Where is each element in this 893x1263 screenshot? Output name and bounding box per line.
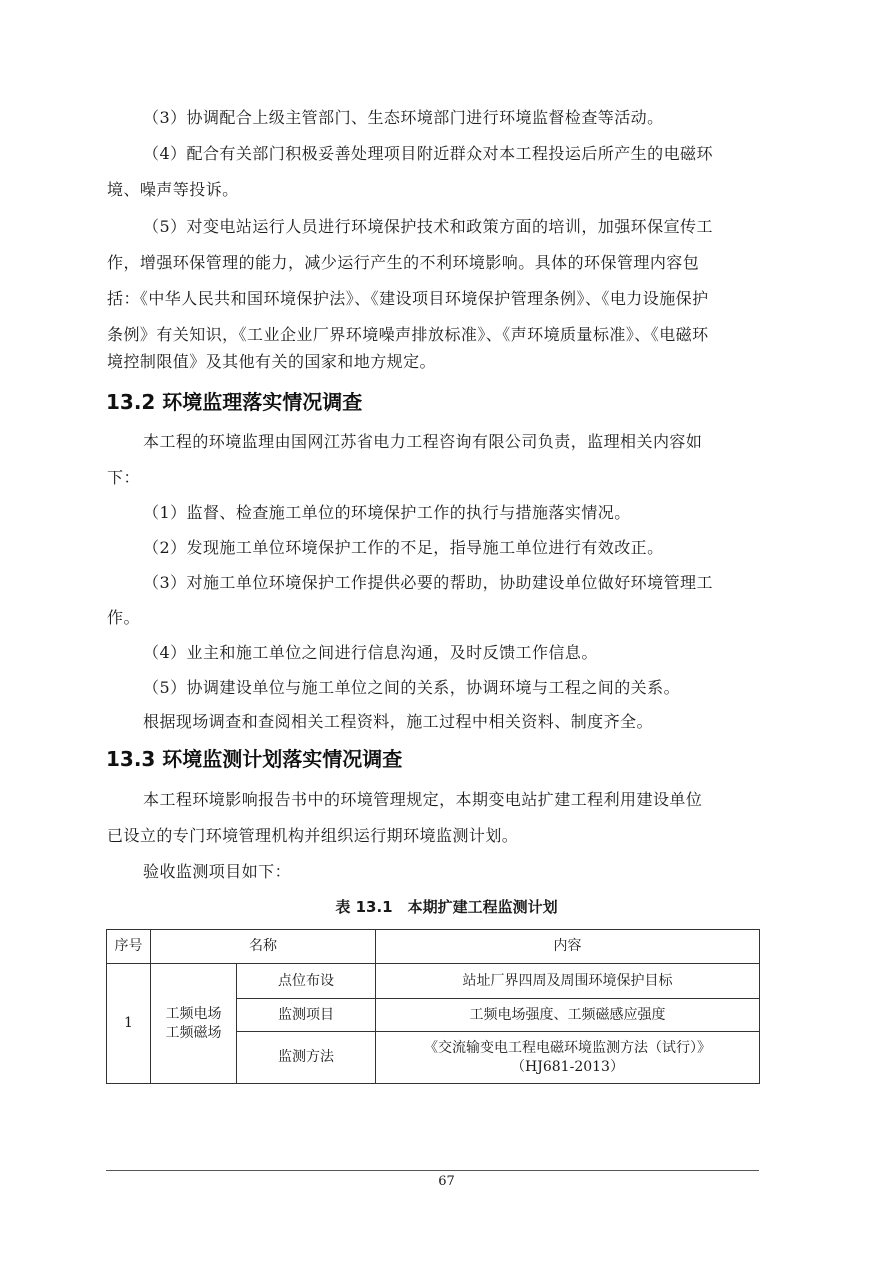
paragraph-line: 作，增强环保管理的能力，减少运行产生的不利环境影响。具体的环保管理内容包 — [107, 253, 762, 273]
item-content: 站址厂界四周及周围环境保护目标 — [376, 964, 760, 999]
page-number: 67 — [0, 1174, 893, 1190]
footer-divider — [106, 1170, 759, 1171]
paragraph-line: 验收监测项目如下： — [143, 862, 798, 882]
list-item-continuation: 作。 — [107, 608, 762, 628]
item-content: 工频电场强度、工频磁感应强度 — [376, 999, 760, 1032]
header-no: 序号 — [107, 930, 151, 964]
list-item: （2）发现施工单位环境保护工作的不足，指导施工单位进行有效改正。 — [143, 538, 798, 558]
table-caption: 表 13.1 本期扩建工程监测计划 — [0, 897, 893, 917]
row-name-line2: 工频磁场 — [151, 1024, 236, 1043]
section-heading-13-2: 13.2 环境监理落实情况调查 — [106, 389, 362, 415]
item-label: 监测项目 — [237, 999, 376, 1032]
row-no: 1 — [107, 964, 151, 1084]
item-content-line1: 《交流输变电工程电磁环境监测方法（试行）》 — [376, 1039, 759, 1058]
monitoring-plan-table: 序号 名称 内容 1 工频电场 工频磁场 点位布设 站址厂界四周及周围环境保护目… — [106, 929, 760, 1084]
paragraph-line: 已设立的专门环境管理机构并组织运行期环境监测计划。 — [107, 826, 762, 846]
paragraph-line: 本工程环境影响报告书中的环境管理规定，本期变电站扩建工程利用建设单位 — [143, 790, 798, 810]
paragraph-line: 境、噪声等投诉。 — [107, 180, 762, 200]
list-item: （5）协调建设单位与施工单位之间的关系，协调环境与工程之间的关系。 — [143, 678, 798, 698]
list-item: （4）业主和施工单位之间进行信息沟通，及时反馈工作信息。 — [143, 643, 798, 663]
table-row: 1 工频电场 工频磁场 点位布设 站址厂界四周及周围环境保护目标 — [107, 964, 760, 999]
item-content-line2: （HJ681-2013） — [376, 1058, 759, 1077]
document-page: （3）协调配合上级主管部门、生态环境部门进行环境监督检查等活动。 （4）配合有关… — [0, 0, 893, 1263]
item-label: 点位布设 — [237, 964, 376, 999]
paragraph-line: 下： — [107, 468, 762, 488]
paragraph-line: 境控制限值》及其他有关的国家和地方规定。 — [107, 352, 762, 372]
row-name-line1: 工频电场 — [151, 1005, 236, 1024]
list-item: （1）监督、检查施工单位的环境保护工作的执行与措施落实情况。 — [143, 503, 798, 523]
paragraph-line: （5）对变电站运行人员进行环境保护技术和政策方面的培训，加强环保宣传工 — [143, 217, 798, 237]
item-content: 《交流输变电工程电磁环境监测方法（试行）》 （HJ681-2013） — [376, 1032, 760, 1084]
paragraph-line: 根据现场调查和查阅相关工程资料，施工过程中相关资料、制度齐全。 — [143, 712, 798, 732]
paragraph-line: 条例》有关知识，《工业企业厂界环境噪声排放标准》、《声环境质量标准》、《电磁环 — [107, 325, 762, 345]
header-content: 内容 — [376, 930, 760, 964]
paragraph-line: （4）配合有关部门积极妥善处理项目附近群众对本工程投运后所产生的电磁环 — [143, 144, 798, 164]
section-heading-13-3: 13.3 环境监测计划落实情况调查 — [106, 746, 402, 772]
paragraph-line: 本工程的环境监理由国网江苏省电力工程咨询有限公司负责，监理相关内容如 — [143, 432, 798, 452]
list-item: （3）对施工单位环境保护工作提供必要的帮助，协助建设单位做好环境管理工 — [143, 573, 798, 593]
item-label: 监测方法 — [237, 1032, 376, 1084]
row-name: 工频电场 工频磁场 — [151, 964, 237, 1084]
paragraph-line: 括：《中华人民共和国环境保护法》、《建设项目环境保护管理条例》、《电力设施保护 — [107, 289, 762, 309]
table-header-row: 序号 名称 内容 — [107, 930, 760, 964]
header-name: 名称 — [151, 930, 376, 964]
paragraph-line: （3）协调配合上级主管部门、生态环境部门进行环境监督检查等活动。 — [143, 108, 798, 128]
